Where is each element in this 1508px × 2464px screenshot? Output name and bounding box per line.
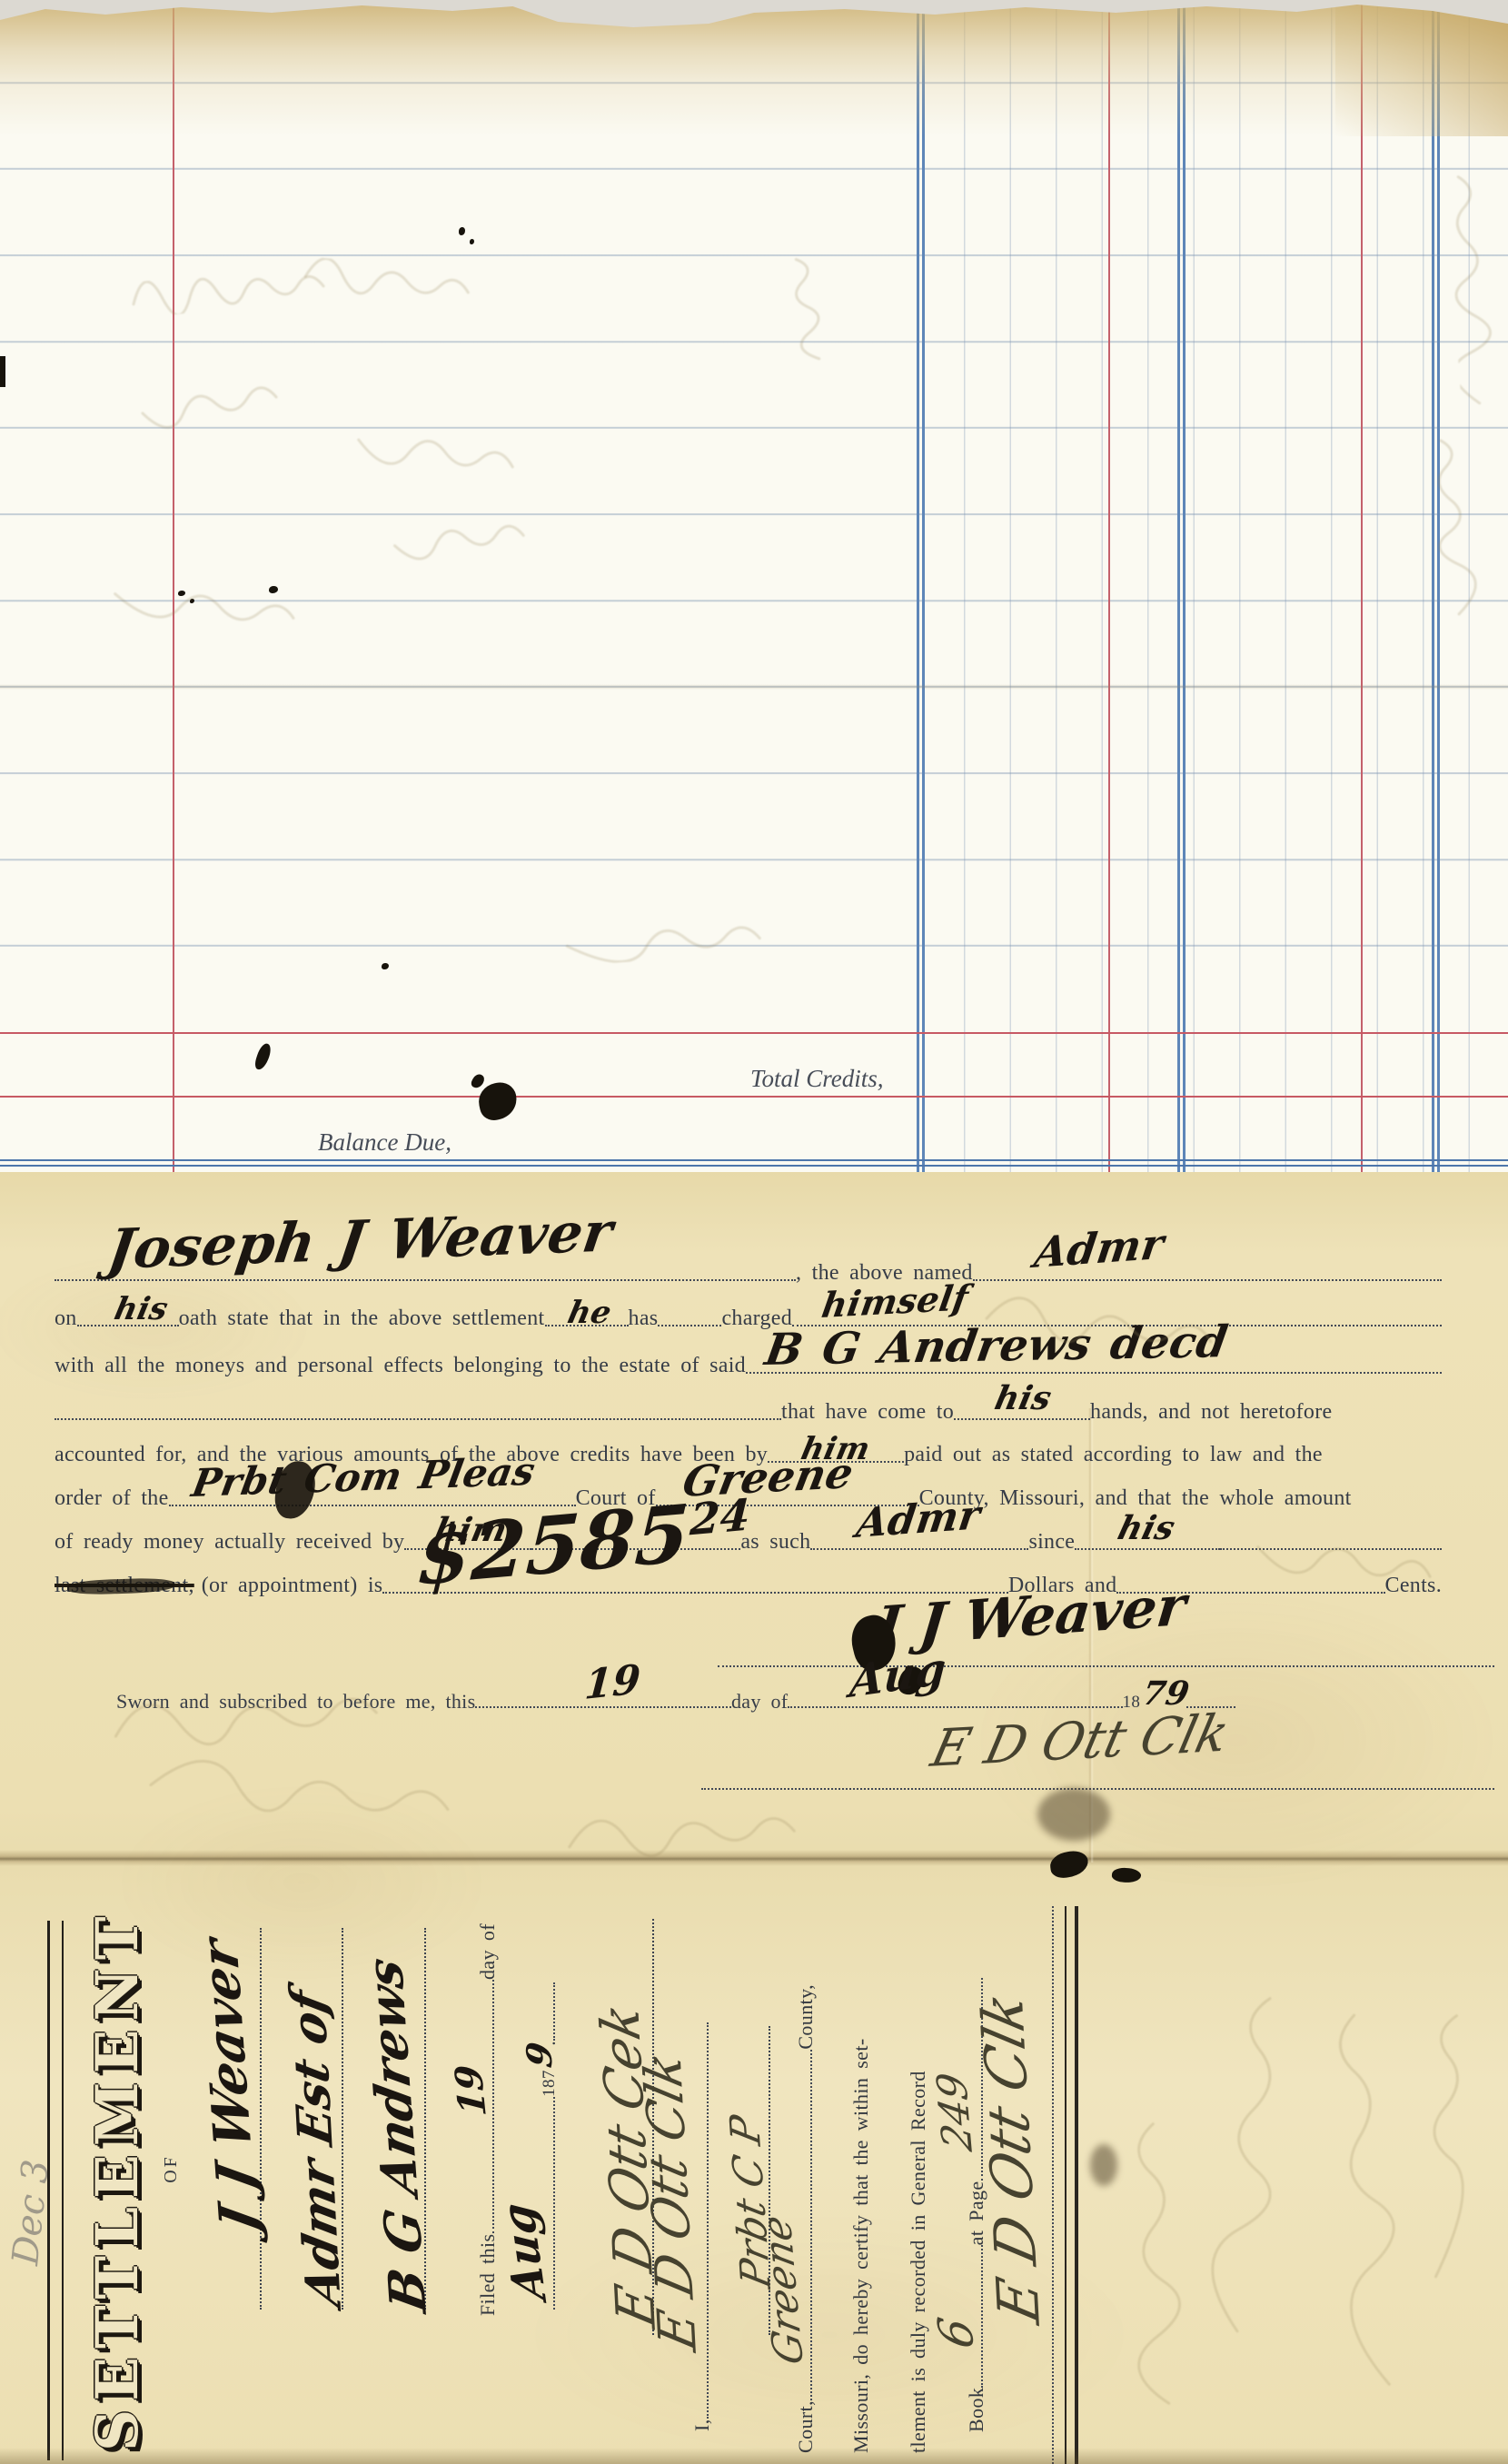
printed-has: has (629, 1307, 659, 1330)
filed-line: Filed this 19 day of (471, 1923, 498, 2316)
handwritten-book: 6 (931, 2314, 981, 2351)
bleedthrough-mark (1410, 2009, 1475, 2284)
ledger-cents-line (1361, 0, 1363, 1179)
handwritten-deponent-name: Joseph J Weaver (104, 1205, 616, 1277)
handwritten-admr: Admr (854, 1495, 983, 1545)
book-label: Book (966, 2388, 987, 2432)
day-of-label: day of (477, 1923, 498, 1980)
ledger-column-line (1437, 0, 1440, 1179)
final-clerk-signature: E D Ott Clk (974, 1988, 1048, 2328)
printed-oath-clause: oath state that in the above settlement (179, 1307, 545, 1330)
handwritten-day-19: 19 (583, 1660, 642, 1706)
filed-year-line: Aug 187 9 . (531, 1982, 559, 2310)
printed-since: since (1028, 1531, 1075, 1554)
printed-order-of: order of the (55, 1487, 169, 1510)
ledger-sheet: Total Credits, Balance Due, (0, 0, 1508, 1196)
printed-ready-money: of ready money actually received by (55, 1531, 404, 1554)
handwritten-party: J J Weaver (193, 1936, 265, 2235)
county-label: County, (795, 1984, 816, 2050)
party-line: J J Weaver (200, 1928, 262, 2310)
ledger-column-line (1432, 0, 1434, 1179)
handwritten-filed-year: 9 (522, 2040, 557, 2070)
printed-paid-out-clause: paid out as stated according to law and … (904, 1444, 1323, 1466)
handwritten-role: Admr Est of (284, 1987, 349, 2310)
ink-drip (253, 1042, 273, 1072)
printed-hands-clause: hands, and not heretofore (1090, 1401, 1332, 1424)
bleedthrough-mark (1315, 2008, 1414, 2393)
handwritten-himself: himself (819, 1280, 971, 1323)
affidavit-line-8: last settlement, (or appointment) is $25… (55, 1568, 1442, 1597)
clerk-signature-rule (701, 1788, 1494, 1790)
scan-edge-mark (0, 356, 5, 387)
handwritten-filed-day: 19 (451, 2064, 492, 2117)
affidavit-line-2: on his oath state that in the above sett… (55, 1301, 1442, 1330)
total-credits-label: Total Credits, (750, 1065, 884, 1093)
bleedthrough-mark (1116, 2117, 1191, 2410)
fold-crease (0, 684, 1508, 690)
clerk-signature: E D Ott Clk (927, 1708, 1233, 1775)
printed-county-missouri: County, Missouri, and that the whole amo… (919, 1487, 1352, 1510)
printed-day-of: day of (731, 1691, 788, 1712)
ledger-column-line (922, 0, 925, 1179)
handwritten-he: he (565, 1297, 614, 1328)
ledger-column-line (917, 0, 919, 1179)
scanned-document: Total Credits, Balance Due, (0, 0, 1508, 2464)
role-line: Admr Est of (282, 1928, 343, 2310)
handwritten-month-aug: Aug (848, 1646, 947, 1704)
court-label: Court, (795, 2400, 816, 2453)
handwritten-filed-month: Aug (495, 2202, 553, 2300)
bottom-edge-shadow (0, 2448, 1508, 2464)
bleedthrough-mark (1203, 1990, 1291, 2339)
i-line: I, E D Ott Clk (685, 2022, 712, 2431)
printed-on: on (55, 1307, 77, 1330)
signature-rule (718, 1665, 1494, 1667)
printed-moneys-clause: with all the moneys and personal effects… (55, 1355, 746, 1377)
handwritten-his: his (992, 1382, 1055, 1415)
i-label: I, (691, 2419, 712, 2431)
affidavit-line-4: that have come to his hands, and not her… (55, 1395, 1442, 1424)
printed-come-to: that have come to (781, 1401, 954, 1424)
affidavit-line-3: with all the moneys and personal effects… (55, 1348, 1442, 1377)
handwritten-estate: B G Andrews (359, 1954, 433, 2315)
cert-line-1: Missouri, do hereby certify that the wit… (850, 2038, 871, 2453)
cert-line-2: tlement is duly recorded in General Reco… (908, 2071, 928, 2453)
total-rule-red (0, 1096, 1508, 1098)
handwritten-79: 79 (1140, 1677, 1192, 1710)
endorsement-dotted-rule (1052, 1906, 1054, 2464)
printed-or-appointment: (or appointment) is (202, 1575, 383, 1597)
endorsement-double-rule (1065, 1906, 1078, 2464)
ledger-column-line (1183, 0, 1186, 1179)
handwritten-court-name: Prbt Com Pleas (189, 1453, 538, 1503)
ink-smudge (1090, 2144, 1117, 2186)
handwritten-page: 249 (932, 2072, 979, 2154)
total-rule-red (0, 1032, 1508, 1034)
ledger-money-grid (919, 0, 1493, 1179)
title-double-rule (47, 1921, 64, 2460)
handwritten-his: his (1115, 1512, 1178, 1545)
ledger-cents-line (1108, 0, 1110, 1179)
aged-top-edge (0, 0, 1508, 136)
endorsement-rotated-page: Dec 3 SETTLEMENT OF J J Weaver Admr Est … (0, 1876, 1508, 2464)
handwritten-clerk-2: E D Ott Clk (638, 2049, 705, 2355)
balance-rule-blue (0, 1165, 1508, 1167)
ink-smudge (1037, 1788, 1110, 1841)
aged-corner (1335, 0, 1508, 136)
balance-due-label: Balance Due, (318, 1128, 451, 1157)
estate-line: B G Andrews (364, 1928, 426, 2310)
printed-187: 187 (541, 2070, 559, 2097)
balance-rule-blue (0, 1159, 1508, 1161)
handwritten-county: Greene (757, 2212, 810, 2368)
endorsement-panel: Dec 3 SETTLEMENT OF J J Weaver Admr Est … (0, 1876, 1508, 2464)
handwritten-admr: Admr (1032, 1223, 1166, 1274)
settlement-title: SETTLEMENT (84, 1915, 152, 2451)
court-county-line: Court, Greene County, (789, 1984, 816, 2453)
of-label: OF (162, 1901, 181, 2437)
printed-as-such: as such (740, 1531, 810, 1554)
ink-blot-large (475, 1079, 520, 1123)
affidavit-line-1: Joseph J Weaver , the above named Admr (55, 1256, 1442, 1285)
filed-this-label: Filed this (477, 2233, 498, 2316)
handwritten-his: his (112, 1294, 171, 1325)
ledger-column-line (1177, 0, 1180, 1179)
